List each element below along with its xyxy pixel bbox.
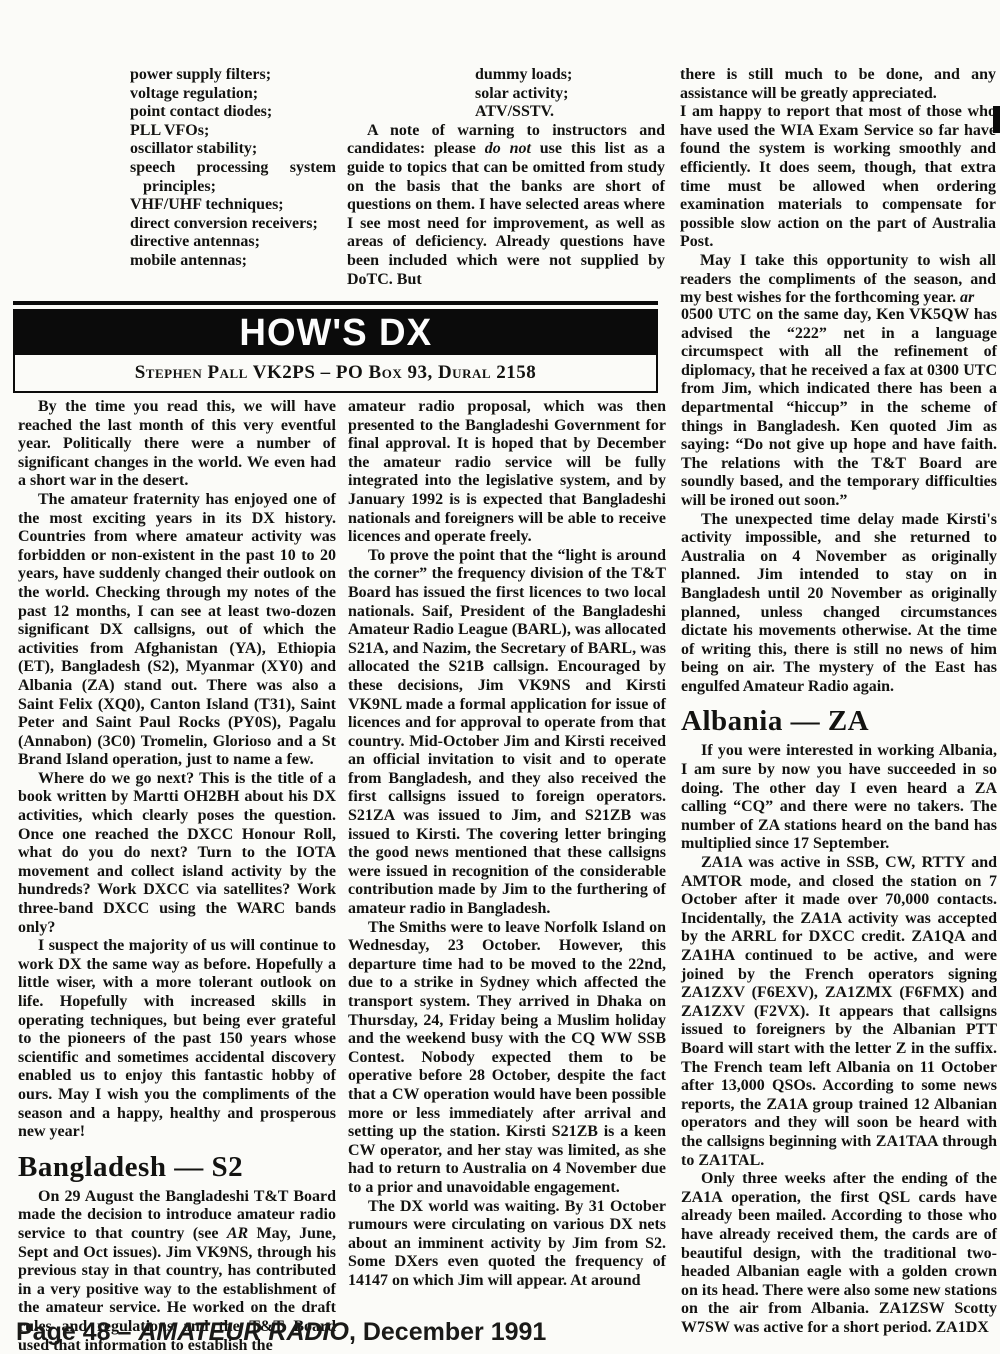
magazine-page: power supply filters; voltage regulation… [0, 0, 1000, 1354]
header-top-rule [13, 301, 658, 305]
body-column-3: 0500 UTC on the same day, Ken VK5QW has … [681, 306, 997, 1337]
section-heading-albania: Albania — ZA [681, 706, 997, 736]
list-item: mobile antennas; [130, 252, 336, 271]
note-emphasis: do not [485, 140, 531, 157]
column-title-bar: HOW'S DX [15, 311, 656, 355]
paragraph: amateur radio proposal, which was then p… [348, 398, 666, 547]
list-item: speech processing system principles; [130, 159, 336, 196]
body-column-1: By the time you read this, we will have … [18, 398, 336, 1354]
author-byline: Stephen Pall VK2PS – PO Box 93, Dural 21… [15, 355, 656, 391]
list-item: power supply filters; [130, 66, 336, 85]
paragraph: To prove the point that the “light is ar… [348, 547, 666, 919]
list-item: direct conversion receivers; [130, 215, 336, 234]
magazine-reference: AR [227, 1225, 248, 1242]
paragraph: Where do we go next? This is the title o… [18, 770, 336, 937]
column-header-box: HOW'S DX Stephen Pall VK2PS – PO Box 93,… [13, 309, 658, 393]
paragraph: If you were interested in working Albani… [681, 742, 997, 854]
article-end-marker: ar [960, 289, 974, 306]
paragraph: The amateur fraternity has enjoyed one o… [18, 491, 336, 770]
scan-artifact [993, 106, 1000, 133]
list-item: dummy loads; [475, 66, 665, 85]
paragraph: 0500 UTC on the same day, Ken VK5QW has … [681, 306, 997, 511]
paragraph: Only three weeks after the ending of the… [681, 1170, 997, 1337]
paragraph: ZA1A was active in SSB, CW, RTTY and AMT… [681, 854, 997, 1170]
list-item: oscillator stability; [130, 140, 336, 159]
paragraph: The Smiths were to leave Norfolk Island … [348, 919, 666, 1198]
list-item: PLL VFOs; [130, 122, 336, 141]
paragraph: I suspect the majority of us will contin… [18, 937, 336, 1142]
paragraph: The unexpected time delay made Kirsti's … [681, 511, 997, 697]
list-item: ATV/SSTV. [475, 103, 665, 122]
body-column-2: amateur radio proposal, which was then p… [348, 398, 666, 1291]
paragraph: I am happy to report that most of those … [680, 103, 996, 252]
exam-topic-column-2: dummy loads; solar activity; ATV/SSTV. A… [347, 66, 665, 289]
issue-date: , December 1991 [349, 1318, 546, 1346]
list-item: directive antennas; [130, 233, 336, 252]
note-text: use this list as a guide to topics that … [347, 140, 665, 287]
page-number: Page 48 – [16, 1318, 138, 1346]
paragraph: there is still much to be done, and any … [680, 66, 996, 103]
exam-topic-list-column-1: power supply filters; voltage regulation… [130, 66, 336, 271]
column-title: HOW'S DX [239, 311, 432, 354]
list-item: voltage regulation; [130, 85, 336, 104]
exam-topic-list-column-2: dummy loads; solar activity; ATV/SSTV. [475, 66, 665, 122]
paragraph: The DX world was waiting. By 31 October … [348, 1198, 666, 1291]
paragraph-text: May I take this opportunity to wish all … [680, 252, 996, 306]
exam-service-column: there is still much to be done, and any … [680, 66, 996, 308]
page-footer: Page 48 – AMATEUR RADIO, December 1991 [16, 1318, 976, 1347]
list-item: VHF/UHF techniques; [130, 196, 336, 215]
list-item: point contact diodes; [130, 103, 336, 122]
magazine-title: AMATEUR RADIO [138, 1318, 349, 1346]
warning-note-paragraph: A note of warning to instructors and can… [347, 122, 665, 289]
list-item: solar activity; [475, 85, 665, 104]
paragraph: By the time you read this, we will have … [18, 398, 336, 491]
paragraph: May I take this opportunity to wish all … [680, 252, 996, 308]
section-heading-bangladesh: Bangladesh — S2 [18, 1152, 336, 1182]
